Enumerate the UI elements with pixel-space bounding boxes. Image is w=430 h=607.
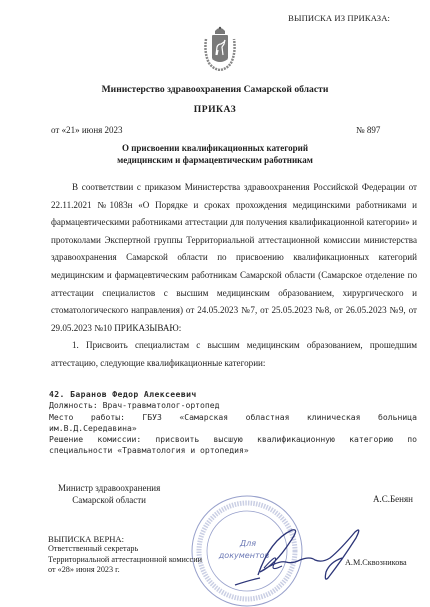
ministry-name: Министерство здравоохранения Самарской о… (0, 84, 430, 95)
minister-title-line-1: Министр здравоохранения (58, 482, 160, 494)
document-type: ПРИКАЗ (0, 104, 430, 115)
preamble-paragraph: В соответствии с приказом Министерства з… (51, 179, 417, 337)
verified-date: от «28» июня 2023 г. (48, 565, 202, 575)
extract-label: ВЫПИСКА ИЗ ПРИКАЗА: (288, 13, 390, 23)
secretary-title-line-1: Ответственный секретарь (48, 544, 202, 554)
order-subject: О присвоении квалификационных категорий … (0, 142, 430, 166)
specialist-position: Должность: Врач-травматолог-ортопед (49, 400, 417, 411)
item-1-paragraph: 1. Присвоить специалистам с высшим медиц… (51, 337, 417, 372)
specialist-workplace: Место работы: ГБУЗ «Самарская областная … (49, 412, 417, 435)
minister-name: А.С.Бенян (373, 494, 413, 504)
specialist-entry: 42. Баранов Федор Алексеевич Должность: … (49, 389, 417, 457)
commission-decision: Решение комиссии: присвоить высшую квали… (49, 434, 417, 457)
subject-line-1: О присвоении квалификационных категорий (0, 142, 430, 154)
minister-title-line-2: Самарской области (58, 494, 160, 506)
order-number: № 897 (356, 125, 380, 135)
verified-label: ВЫПИСКА ВЕРНА: (48, 534, 202, 544)
secretary-name: А.М.Сквозникова (345, 558, 407, 567)
specialist-name: 42. Баранов Федор Алексеевич (49, 389, 417, 400)
order-body: В соответствии с приказом Министерства з… (51, 179, 417, 373)
signature-icon (230, 520, 370, 590)
coat-of-arms-icon (203, 25, 237, 71)
minister-title: Министр здравоохранения Самарской област… (58, 482, 160, 506)
subject-line-2: медицинским и фармацевтическим работника… (0, 154, 430, 166)
verification-block: ВЫПИСКА ВЕРНА: Ответственный секретарь Т… (48, 534, 202, 576)
secretary-title-line-2: Территориальной аттестационной комиссии (48, 555, 202, 565)
order-date: от «21» июня 2023 (51, 125, 123, 135)
